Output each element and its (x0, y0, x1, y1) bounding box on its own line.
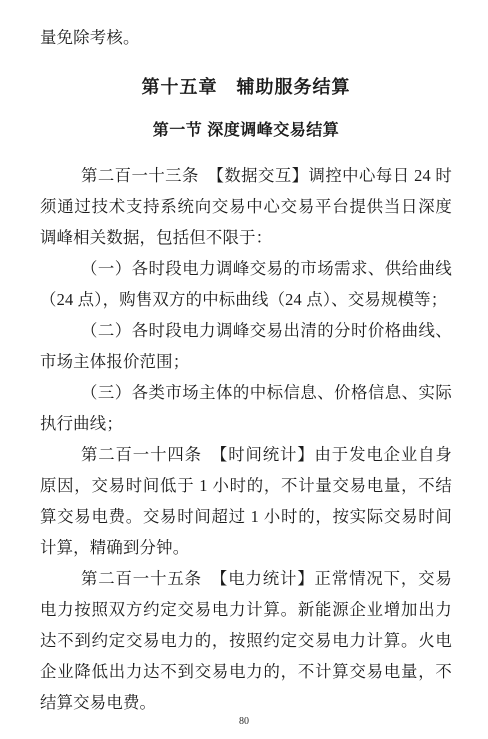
paragraph-article-214: 第二百一十四条 【时间统计】由于发电企业自身原因，交易时间低于 1 小时的，不计… (40, 439, 452, 563)
paragraph-article-213: 第二百一十三条 【数据交互】调控中心每日 24 时须通过技术支持系统向交易中心交… (40, 160, 452, 253)
page-content: 量免除考核。 第十五章 辅助服务结算 第一节 深度调峰交易结算 第二百一十三条 … (0, 0, 488, 718)
section-heading: 第一节 深度调峰交易结算 (40, 120, 452, 142)
paragraph-clause-3: （三）各类市场主体的中标信息、价格信息、实际执行曲线； (40, 377, 452, 439)
page-number: 80 (0, 716, 488, 728)
continuation-text: 量免除考核。 (40, 22, 452, 53)
body-paragraphs: 第二百一十三条 【数据交互】调控中心每日 24 时须通过技术支持系统向交易中心交… (40, 160, 452, 718)
chapter-heading: 第十五章 辅助服务结算 (40, 74, 452, 100)
paragraph-clause-1: （一）各时段电力调峰交易的市场需求、供给曲线（24 点），购售双方的中标曲线（2… (40, 253, 452, 315)
paragraph-clause-2: （二）各时段电力调峰交易出清的分时价格曲线、市场主体报价范围； (40, 315, 452, 377)
paragraph-article-215: 第二百一十五条 【电力统计】正常情况下，交易电力按照双方约定交易电力计算。新能源… (40, 563, 452, 718)
document-page: 量免除考核。 第十五章 辅助服务结算 第一节 深度调峰交易结算 第二百一十三条 … (0, 0, 488, 739)
